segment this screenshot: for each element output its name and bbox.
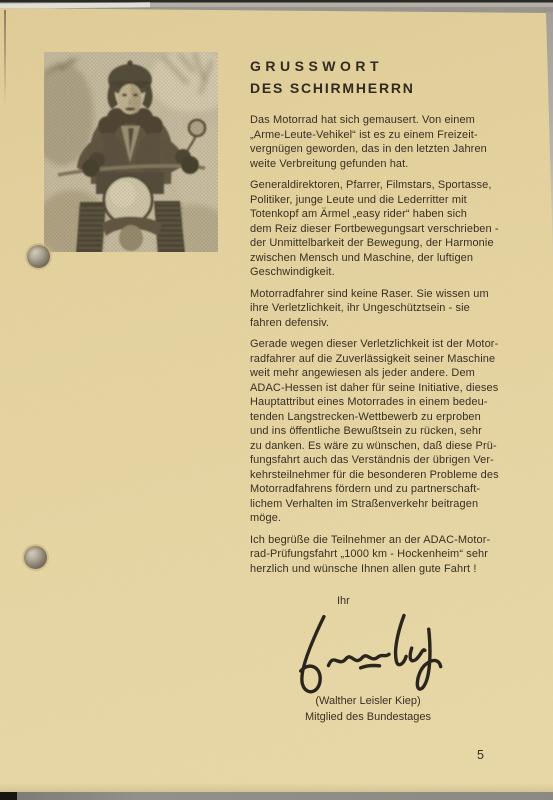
page-title-line2: DES SCHIRMHERRN (250, 77, 550, 99)
body-paragraph-1: Das Motorrad hat sich gemausert. Von ein… (250, 113, 550, 171)
text-column: GRUSSWORT DES SCHIRMHERRN Das Motorrad h… (250, 55, 550, 576)
scan-edge-bottom (0, 792, 553, 800)
paper-bottom-shadow (0, 783, 553, 792)
motorcyclist-photo (44, 52, 218, 252)
signature-role: Mitglied des Bundestages (252, 711, 484, 723)
page-title-line1: GRUSSWORT (250, 55, 550, 77)
paper-crease (4, 10, 6, 105)
scan-edge-top-sliver (0, 2, 150, 9)
page-title: GRUSSWORT DES SCHIRMHERRN (250, 55, 550, 99)
paper-page: GRUSSWORT DES SCHIRMHERRN Das Motorrad h… (0, 0, 553, 800)
signature-salutation: Ihr (337, 595, 350, 607)
binder-hole-top (27, 245, 50, 268)
page-number: 5 (477, 748, 484, 762)
body-paragraph-5: Ich begrüße die Teilnehmer an der ADAC-M… (250, 533, 550, 577)
signature-name: (Walther Leisler Kiep) (252, 695, 484, 707)
scan-edge-bottom-blob (0, 792, 17, 800)
handwritten-signature (284, 601, 469, 708)
body-paragraph-4: Gerade wegen dieser Verletzlichkeit ist … (250, 337, 550, 526)
body-paragraph-3: Motorradfahrer sind keine Raser. Sie wis… (250, 287, 550, 331)
binder-hole-bottom (24, 546, 47, 569)
body-paragraph-2: Generaldirektoren, Pfarrer, Filmstars, S… (250, 178, 550, 280)
scanned-document: { "colors": { "paper": "#ebd9a5", "ink":… (0, 0, 553, 800)
